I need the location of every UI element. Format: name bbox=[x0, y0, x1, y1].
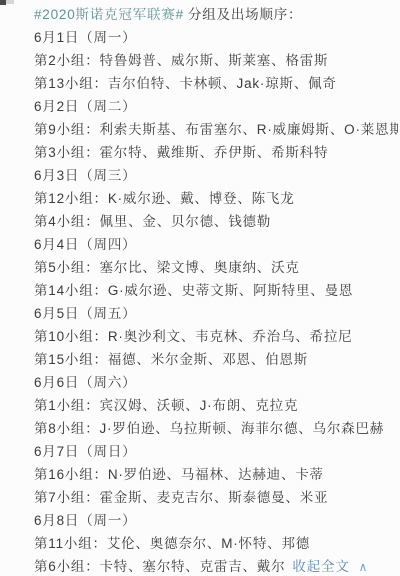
schedule-line-text: 6月7日（周日） bbox=[34, 444, 136, 459]
schedule-line-text: 6月5日（周五） bbox=[34, 306, 136, 321]
schedule-line-text: 第3小组：霍尔特、戴维斯、乔伊斯、希斯科特 bbox=[34, 145, 328, 160]
schedule-line-text: 6月1日（周一） bbox=[34, 30, 136, 45]
schedule-date-line: 6月8日（周一） bbox=[34, 509, 398, 532]
schedule-group-line: 第12小组：K·威尔逊、戴、博登、陈飞龙 bbox=[34, 187, 398, 210]
chevron-up-icon[interactable]: ∧ bbox=[359, 560, 369, 574]
schedule-line-text: 第14小组：G·威尔逊、史蒂文斯、阿斯特里、曼恩 bbox=[34, 283, 353, 298]
schedule-group-line: 第10小组：R·奥沙利文、韦克林、乔治乌、希拉尼 bbox=[34, 325, 398, 348]
schedule-group-line: 第15小组：福德、米尔金斯、邓恩、伯恩斯 bbox=[34, 348, 398, 371]
schedule-group-line: 第11小组：艾伦、奥德奈尔、M·怀特、邦德 bbox=[34, 532, 398, 555]
schedule-list: 6月1日（周一）第2小组：特鲁姆普、威尔斯、斯莱塞、格雷斯第13小组：吉尔伯特、… bbox=[34, 26, 398, 576]
schedule-line-text: 第8小组：J·罗伯逊、乌拉斯顿、海菲尔德、乌尔森巴赫 bbox=[34, 421, 384, 436]
schedule-date-line: 6月4日（周四） bbox=[34, 233, 398, 256]
schedule-date-line: 6月1日（周一） bbox=[34, 26, 398, 49]
schedule-line-text: 第15小组：福德、米尔金斯、邓恩、伯恩斯 bbox=[34, 352, 308, 367]
schedule-line-text: 第11小组：艾伦、奥德奈尔、M·怀特、邦德 bbox=[34, 536, 310, 551]
schedule-line-text: 6月4日（周四） bbox=[34, 237, 136, 252]
schedule-group-line: 第3小组：霍尔特、戴维斯、乔伊斯、希斯科特 bbox=[34, 141, 398, 164]
schedule-group-line: 第16小组：N·罗伯逊、马福林、达赫迪、卡蒂 bbox=[34, 463, 398, 486]
schedule-date-line: 6月2日（周二） bbox=[34, 95, 398, 118]
post-content: #2020斯诺克冠军联赛#分组及出场顺序： 6月1日（周一）第2小组：特鲁姆普、… bbox=[34, 3, 398, 576]
post-title: #2020斯诺克冠军联赛#分组及出场顺序： bbox=[34, 3, 398, 26]
schedule-line-text: 6月3日（周三） bbox=[34, 168, 136, 183]
schedule-group-line: 第14小组：G·威尔逊、史蒂文斯、阿斯特里、曼恩 bbox=[34, 279, 398, 302]
schedule-line-text: 6月2日（周二） bbox=[34, 99, 136, 114]
collapse-full-text-link[interactable]: 收起全文 bbox=[292, 559, 349, 574]
schedule-line-text: 第10小组：R·奥沙利文、韦克林、乔治乌、希拉尼 bbox=[34, 329, 352, 344]
schedule-group-line: 第8小组：J·罗伯逊、乌拉斯顿、海菲尔德、乌尔森巴赫 bbox=[34, 417, 398, 440]
schedule-date-line: 6月7日（周日） bbox=[34, 440, 398, 463]
schedule-line-text: 第6小组：卡特、塞尔特、克雷吉、戴尔 bbox=[34, 559, 285, 574]
schedule-date-line: 6月5日（周五） bbox=[34, 302, 398, 325]
schedule-group-line: 第4小组：佩里、金、贝尔德、钱德勒 bbox=[34, 210, 398, 233]
schedule-date-line: 6月3日（周三） bbox=[34, 164, 398, 187]
schedule-line-text: 第7小组：霍金斯、麦克吉尔、斯泰德曼、米亚 bbox=[34, 490, 328, 505]
schedule-line-text: 6月8日（周一） bbox=[34, 513, 136, 528]
schedule-group-line: 第1小组：宾汉姆、沃顿、J·布朗、克拉克 bbox=[34, 394, 398, 417]
schedule-line-text: 第5小组：塞尔比、梁文博、奥康纳、沃克 bbox=[34, 260, 300, 275]
topic-hashtag-link[interactable]: #2020斯诺克冠军联赛# bbox=[34, 7, 184, 22]
schedule-date-line: 6月6日（周六） bbox=[34, 371, 398, 394]
schedule-line-text: 第1小组：宾汉姆、沃顿、J·布朗、克拉克 bbox=[34, 398, 298, 413]
schedule-line-text: 第12小组：K·威尔逊、戴、博登、陈飞龙 bbox=[34, 191, 295, 206]
schedule-group-line: 第13小组：吉尔伯特、卡林顿、Jak·琼斯、佩奇 bbox=[34, 72, 398, 95]
schedule-group-line: 第9小组：利索夫斯基、布雷塞尔、R·威廉姆斯、O·莱恩斯 bbox=[34, 118, 398, 141]
schedule-group-line: 第6小组：卡特、塞尔特、克雷吉、戴尔收起全文∧ bbox=[34, 555, 398, 576]
schedule-group-line: 第7小组：霍金斯、麦克吉尔、斯泰德曼、米亚 bbox=[34, 486, 398, 509]
weibo-post: #2020斯诺克冠军联赛#分组及出场顺序： 6月1日（周一）第2小组：特鲁姆普、… bbox=[0, 0, 400, 576]
schedule-line-text: 6月6日（周六） bbox=[34, 375, 136, 390]
schedule-line-text: 第9小组：利索夫斯基、布雷塞尔、R·威廉姆斯、O·莱恩斯 bbox=[34, 122, 398, 137]
schedule-line-text: 第4小组：佩里、金、贝尔德、钱德勒 bbox=[34, 214, 271, 229]
schedule-line-text: 第16小组：N·罗伯逊、马福林、达赫迪、卡蒂 bbox=[34, 467, 324, 482]
schedule-group-line: 第5小组：塞尔比、梁文博、奥康纳、沃克 bbox=[34, 256, 398, 279]
schedule-line-text: 第2小组：特鲁姆普、威尔斯、斯莱塞、格雷斯 bbox=[34, 53, 328, 68]
post-title-text: 分组及出场顺序： bbox=[188, 7, 302, 22]
schedule-group-line: 第2小组：特鲁姆普、威尔斯、斯莱塞、格雷斯 bbox=[34, 49, 398, 72]
corner-artifact-light bbox=[6, 0, 14, 4]
schedule-line-text: 第13小组：吉尔伯特、卡林顿、Jak·琼斯、佩奇 bbox=[34, 76, 337, 91]
